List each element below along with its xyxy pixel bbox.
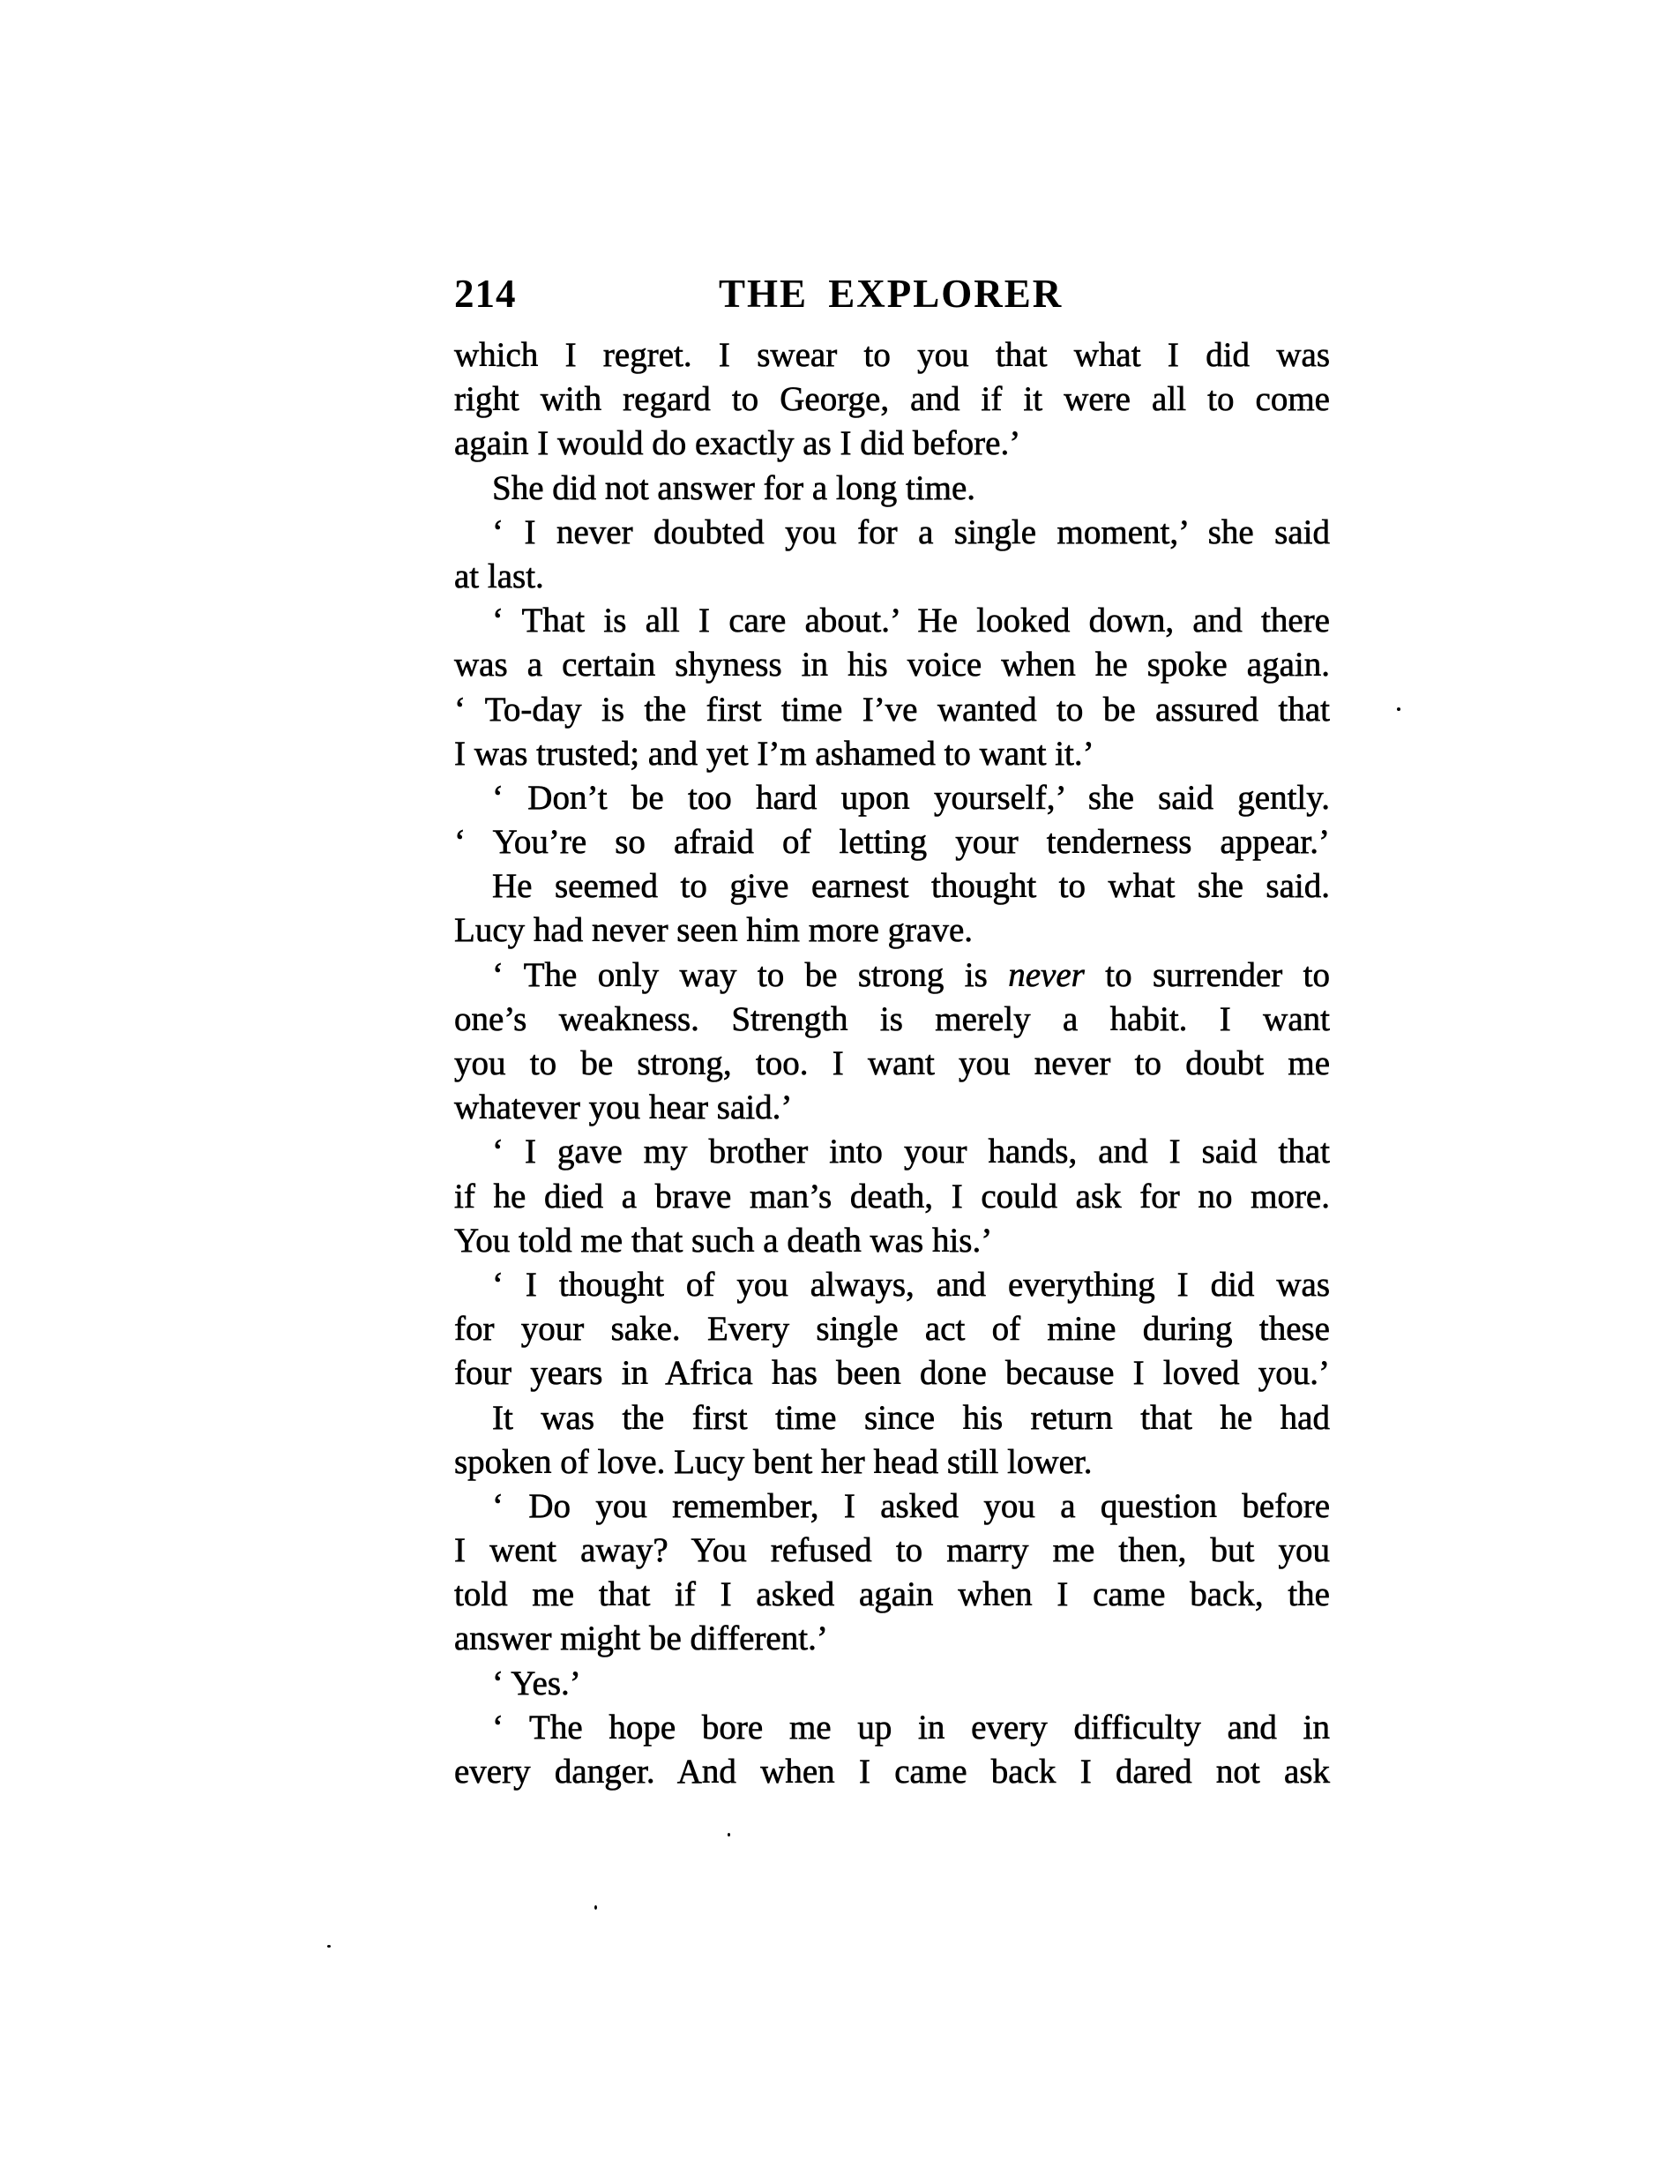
text-segment: one’s weakness. Strength is merely a hab… — [454, 1000, 1330, 1038]
text-segment: ‘ I never doubted you for a single momen… — [492, 513, 1330, 551]
text-line: four years in Africa has been done becau… — [454, 1351, 1330, 1395]
text-line: answer might be different.’ — [454, 1617, 1330, 1661]
text-line: ‘ Don’t be too hard upon yourself,’ she … — [454, 776, 1330, 820]
text-segment: Lucy had never seen him more grave. — [454, 911, 973, 949]
body-text: which I regret. I swear to you that what… — [454, 333, 1330, 1794]
text-line: one’s weakness. Strength is merely a hab… — [454, 998, 1330, 1042]
text-line: ‘ Do you remember, I asked you a questio… — [454, 1485, 1330, 1529]
text-segment: ‘ To-day is the first time I’ve wanted t… — [454, 691, 1330, 729]
text-segment: four years in Africa has been done becau… — [454, 1354, 1330, 1392]
text-line: It was the first time since his return t… — [454, 1396, 1330, 1440]
text-segment: if he died a brave man’s death, I could … — [454, 1178, 1330, 1215]
page-number: 214 — [454, 273, 517, 314]
text-line: for your sake. Every single act of mine … — [454, 1307, 1330, 1351]
book-page: 214 THE EXPLORER which I regret. I swear… — [0, 0, 1680, 2184]
text-line: again I would do exactly as I did before… — [454, 422, 1330, 466]
text-line: ‘ The only way to be strong is never to … — [454, 954, 1330, 998]
text-line: ‘ You’re so afraid of letting your tende… — [454, 820, 1330, 864]
text-segment: ‘ That is all I care about.’ He looked d… — [492, 602, 1330, 639]
text-segment: I went away? You refused to marry me the… — [454, 1531, 1330, 1569]
text-segment: every danger. And when I came back I dar… — [454, 1753, 1330, 1791]
text-segment: ‘ Yes.’ — [492, 1664, 581, 1702]
text-segment: answer might be different.’ — [454, 1619, 828, 1657]
text-segment: It was the first time since his return t… — [492, 1399, 1330, 1437]
text-line: whatever you hear said.’ — [454, 1086, 1330, 1130]
text-segment: ‘ The hope bore me up in every difficult… — [492, 1709, 1330, 1746]
text-line: at last. — [454, 555, 1330, 599]
text-segment: right with regard to George, and if it w… — [454, 380, 1330, 418]
running-head: 214 THE EXPLORER — [454, 273, 1330, 314]
text-line: if he died a brave man’s death, I could … — [454, 1175, 1330, 1219]
text-line: ‘ The hope bore me up in every difficult… — [454, 1706, 1330, 1750]
text-segment: whatever you hear said.’ — [454, 1088, 792, 1126]
text-segment: which I regret. I swear to you that what… — [454, 336, 1330, 374]
text-line: ‘ Yes.’ — [454, 1662, 1330, 1706]
text-segment: was a certain shyness in his voice when … — [454, 646, 1330, 684]
text-segment: ‘ You’re so afraid of letting your tende… — [454, 823, 1330, 861]
text-line: ‘ I thought of you always, and everythin… — [454, 1263, 1330, 1307]
text-line: right with regard to George, and if it w… — [454, 378, 1330, 422]
running-title: THE EXPLORER — [719, 273, 1067, 314]
text-line: ‘ I gave my brother into your hands, and… — [454, 1130, 1330, 1174]
text-segment: again I would do exactly as I did before… — [454, 424, 1020, 462]
text-segment: ‘ The only way to be strong is — [492, 956, 1008, 994]
ink-speck — [728, 1833, 730, 1836]
text-segment: She did not answer for a long time. — [492, 469, 975, 507]
text-line: You told me that such a death was his.’ — [454, 1219, 1330, 1263]
text-line: you to be strong, too. I want you never … — [454, 1042, 1330, 1086]
text-segment: at last. — [454, 557, 544, 595]
text-line: ‘ To-day is the first time I’ve wanted t… — [454, 688, 1330, 732]
text-segment: He seemed to give earnest thought to wha… — [492, 867, 1330, 905]
text-line: which I regret. I swear to you that what… — [454, 333, 1330, 378]
text-line: told me that if I asked again when I cam… — [454, 1573, 1330, 1617]
text-line: She did not answer for a long time. — [454, 467, 1330, 511]
text-line: ‘ That is all I care about.’ He looked d… — [454, 599, 1330, 643]
ink-speck — [1397, 707, 1400, 711]
text-line: every danger. And when I came back I dar… — [454, 1750, 1330, 1794]
text-line: Lucy had never seen him more grave. — [454, 909, 1330, 953]
text-line: ‘ I never doubted you for a single momen… — [454, 511, 1330, 555]
text-segment: I was trusted; and yet I’m ashamed to wa… — [454, 735, 1094, 773]
text-line: was a certain shyness in his voice when … — [454, 643, 1330, 687]
text-segment: for your sake. Every single act of mine … — [454, 1310, 1330, 1348]
text-segment: spoken of love. Lucy bent her head still… — [454, 1443, 1092, 1481]
text-line: I was trusted; and yet I’m ashamed to wa… — [454, 732, 1330, 776]
text-line: I went away? You refused to marry me the… — [454, 1529, 1330, 1573]
text-segment: ‘ Don’t be too hard upon yourself,’ she … — [492, 779, 1330, 817]
italic-emphasis: never — [1008, 956, 1085, 994]
text-line: He seemed to give earnest thought to wha… — [454, 864, 1330, 909]
ink-speck — [594, 1905, 597, 1910]
text-line: spoken of love. Lucy bent her head still… — [454, 1440, 1330, 1485]
text-segment: You told me that such a death was his.’ — [454, 1222, 992, 1260]
text-segment: you to be strong, too. I want you never … — [454, 1044, 1330, 1082]
ink-speck — [327, 1945, 331, 1948]
text-segment: to surrender to — [1085, 956, 1330, 994]
text-segment: ‘ I gave my brother into your hands, and… — [492, 1133, 1330, 1171]
text-segment: ‘ Do you remember, I asked you a questio… — [492, 1487, 1330, 1525]
text-segment: ‘ I thought of you always, and everythin… — [492, 1266, 1330, 1304]
text-segment: told me that if I asked again when I cam… — [454, 1575, 1330, 1613]
